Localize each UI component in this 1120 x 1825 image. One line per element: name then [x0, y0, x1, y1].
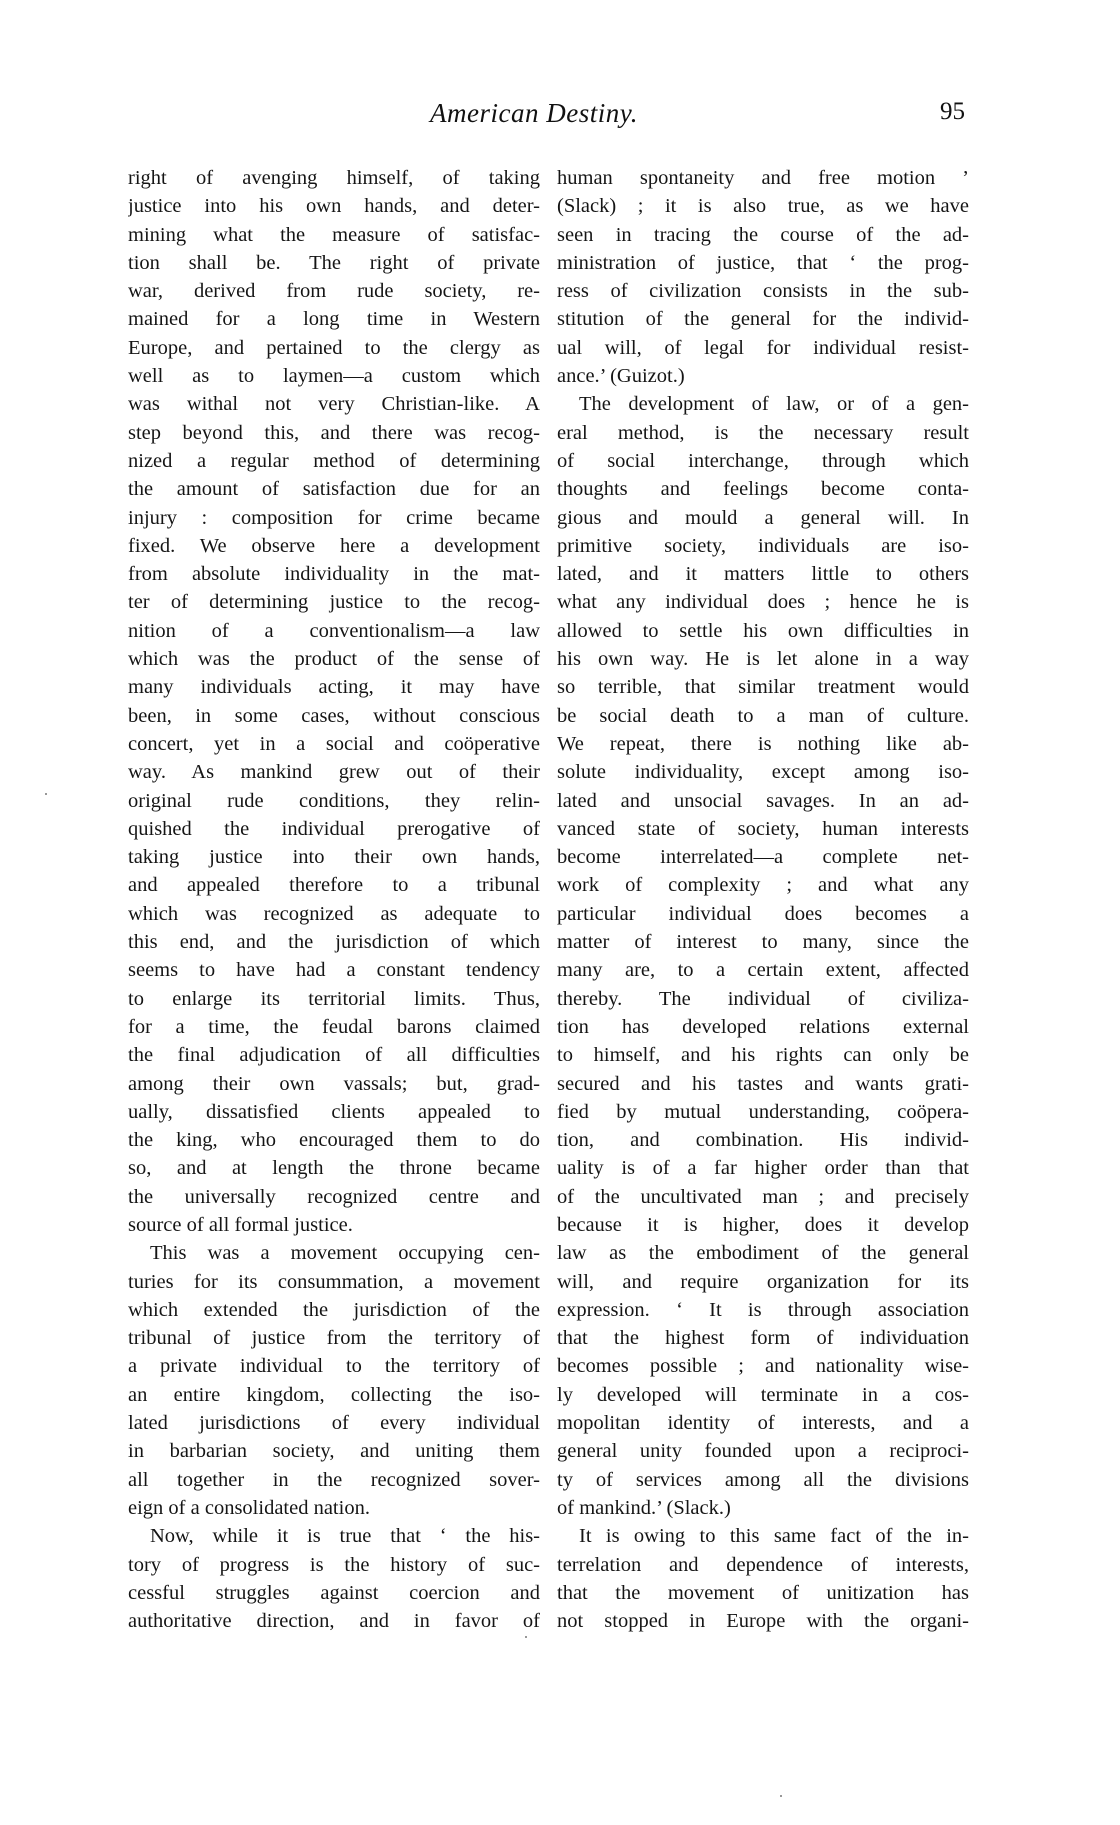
text-line: solute individuality, except among iso- — [557, 758, 969, 786]
text-line: to himself, and his rights can only be — [557, 1041, 969, 1069]
text-line: authoritative direction, and in favor of — [128, 1607, 540, 1635]
running-head: American Destiny. 95 — [0, 98, 1120, 134]
text-line: which was recognized as adequate to — [128, 900, 540, 928]
text-line: the final adjudication of all difficulti… — [128, 1041, 540, 1069]
text-line: seen in tracing the course of the ad- — [557, 221, 969, 249]
print-speck — [45, 793, 47, 795]
text-line: his own way. He is let alone in a way — [557, 645, 969, 673]
text-line: tribunal of justice from the territory o… — [128, 1324, 540, 1352]
text-line: so, and at length the throne became — [128, 1154, 540, 1182]
text-line: this end, and the jurisdiction of which — [128, 928, 540, 956]
text-line: many individuals acting, it may have — [128, 673, 540, 701]
text-line: justice into his own hands, and deter- — [128, 192, 540, 220]
text-line: an entire kingdom, collecting the iso- — [128, 1381, 540, 1409]
text-line: ter of determining justice to the recog- — [128, 588, 540, 616]
text-line: be social death to a man of culture. — [557, 702, 969, 730]
text-line: so terrible, that similar treatment woul… — [557, 673, 969, 701]
text-line: general unity founded upon a reciproci- — [557, 1437, 969, 1465]
text-line: mained for a long time in Western — [128, 305, 540, 333]
text-line: ually, dissatisfied clients appealed to — [128, 1098, 540, 1126]
text-line: in barbarian society, and uniting them — [128, 1437, 540, 1465]
text-line: concert, yet in a social and coöperative — [128, 730, 540, 758]
text-line: lated jurisdictions of every individual — [128, 1409, 540, 1437]
book-page: American Destiny. 95 right of avenging h… — [0, 0, 1120, 1825]
text-line: of the uncultivated man ; and precisely — [557, 1183, 969, 1211]
text-line: that the movement of unitization has — [557, 1579, 969, 1607]
text-line: tory of progress is the history of suc- — [128, 1551, 540, 1579]
text-line: quished the individual prerogative of — [128, 815, 540, 843]
text-line: which was the product of the sense of — [128, 645, 540, 673]
text-line: step beyond this, and there was recog- — [128, 419, 540, 447]
text-line: right of avenging himself, of taking — [128, 164, 540, 192]
text-line: nized a regular method of determining — [128, 447, 540, 475]
text-line: turies for its consummation, a movement — [128, 1268, 540, 1296]
text-line: thoughts and feelings become conta- — [557, 475, 969, 503]
text-line: from absolute individuality in the mat- — [128, 560, 540, 588]
text-line: seems to have had a constant tendency — [128, 956, 540, 984]
text-line: tion, and combination. His individ- — [557, 1126, 969, 1154]
text-line: This was a movement occupying cen- — [128, 1239, 540, 1267]
text-line: fied by mutual understanding, coöpera- — [557, 1098, 969, 1126]
text-line: ress of civilization consists in the sub… — [557, 277, 969, 305]
text-line: what any individual does ; hence he is — [557, 588, 969, 616]
right-text-column: human spontaneity and free motion ’(Slac… — [557, 164, 969, 1635]
text-line: source of all formal justice. — [128, 1211, 540, 1239]
running-title: American Destiny. — [430, 98, 638, 129]
text-line: original rude conditions, they relin- — [128, 787, 540, 815]
text-line: eign of a consolidated nation. — [128, 1494, 540, 1522]
print-speck — [525, 1636, 527, 1638]
text-line: war, derived from rude society, re- — [128, 277, 540, 305]
text-line: (Slack) ; it is also true, as we have — [557, 192, 969, 220]
text-line: eral method, is the necessary result — [557, 419, 969, 447]
text-line: secured and his tastes and wants grati- — [557, 1070, 969, 1098]
text-line: ty of services among all the divisions — [557, 1466, 969, 1494]
text-line: for a time, the feudal barons claimed — [128, 1013, 540, 1041]
print-speck — [780, 1795, 782, 1797]
text-line: been, in some cases, without conscious — [128, 702, 540, 730]
text-line: It is owing to this same fact of the in- — [557, 1522, 969, 1550]
text-line: not stopped in Europe with the organi- — [557, 1607, 969, 1635]
text-line: tion has developed relations external — [557, 1013, 969, 1041]
text-line: The development of law, or of a gen- — [557, 390, 969, 418]
text-line: expression. ‘ It is through association — [557, 1296, 969, 1324]
text-line: uality is of a far higher order than tha… — [557, 1154, 969, 1182]
text-line: the amount of satisfaction due for an — [128, 475, 540, 503]
text-line: of social interchange, through which — [557, 447, 969, 475]
text-line: nition of a conventionalism—a law — [128, 617, 540, 645]
left-text-column: right of avenging himself, of takingjust… — [128, 164, 540, 1635]
text-line: which extended the jurisdiction of the — [128, 1296, 540, 1324]
text-line: terrelation and dependence of interests, — [557, 1551, 969, 1579]
text-line: becomes possible ; and nationality wise- — [557, 1352, 969, 1380]
text-line: the universally recognized centre and — [128, 1183, 540, 1211]
text-line: human spontaneity and free motion ’ — [557, 164, 969, 192]
text-line: fixed. We observe here a development — [128, 532, 540, 560]
text-line: vanced state of society, human interests — [557, 815, 969, 843]
text-line: lated, and it matters little to others — [557, 560, 969, 588]
text-line: lated and unsocial savages. In an ad- — [557, 787, 969, 815]
text-line: injury : composition for crime became — [128, 504, 540, 532]
text-line: well as to laymen—a custom which — [128, 362, 540, 390]
text-line: tion shall be. The right of private — [128, 249, 540, 277]
text-line: ministration of justice, that ‘ the prog… — [557, 249, 969, 277]
text-line: because it is higher, does it develop — [557, 1211, 969, 1239]
text-line: will, and require organization for its — [557, 1268, 969, 1296]
text-line: mopolitan identity of interests, and a — [557, 1409, 969, 1437]
text-line: matter of interest to many, since the — [557, 928, 969, 956]
text-line: Now, while it is true that ‘ the his- — [128, 1522, 540, 1550]
text-line: was withal not very Christian-like. A — [128, 390, 540, 418]
text-line: ance.’ (Guizot.) — [557, 362, 969, 390]
text-line: the king, who encouraged them to do — [128, 1126, 540, 1154]
text-line: ual will, of legal for individual resist… — [557, 334, 969, 362]
page-number: 95 — [940, 98, 965, 126]
text-line: mining what the measure of satisfac- — [128, 221, 540, 249]
text-line: We repeat, there is nothing like ab- — [557, 730, 969, 758]
text-line: many are, to a certain extent, affected — [557, 956, 969, 984]
text-line: Europe, and pertained to the clergy as — [128, 334, 540, 362]
text-line: cessful struggles against coercion and — [128, 1579, 540, 1607]
text-line: particular individual does becomes a — [557, 900, 969, 928]
text-line: stitution of the general for the individ… — [557, 305, 969, 333]
text-line: allowed to settle his own difficulties i… — [557, 617, 969, 645]
text-line: all together in the recognized sover- — [128, 1466, 540, 1494]
text-line: taking justice into their own hands, — [128, 843, 540, 871]
text-line: work of complexity ; and what any — [557, 871, 969, 899]
text-line: primitive society, individuals are iso- — [557, 532, 969, 560]
text-line: to enlarge its territorial limits. Thus, — [128, 985, 540, 1013]
text-line: law as the embodiment of the general — [557, 1239, 969, 1267]
text-line: that the highest form of individuation — [557, 1324, 969, 1352]
text-line: way. As mankind grew out of their — [128, 758, 540, 786]
text-line: and appealed therefore to a tribunal — [128, 871, 540, 899]
text-line: become interrelated—a complete net- — [557, 843, 969, 871]
text-line: among their own vassals; but, grad- — [128, 1070, 540, 1098]
text-line: of mankind.’ (Slack.) — [557, 1494, 969, 1522]
text-line: ly developed will terminate in a cos- — [557, 1381, 969, 1409]
text-line: thereby. The individual of civiliza- — [557, 985, 969, 1013]
text-line: a private individual to the territory of — [128, 1352, 540, 1380]
text-line: gious and mould a general will. In — [557, 504, 969, 532]
